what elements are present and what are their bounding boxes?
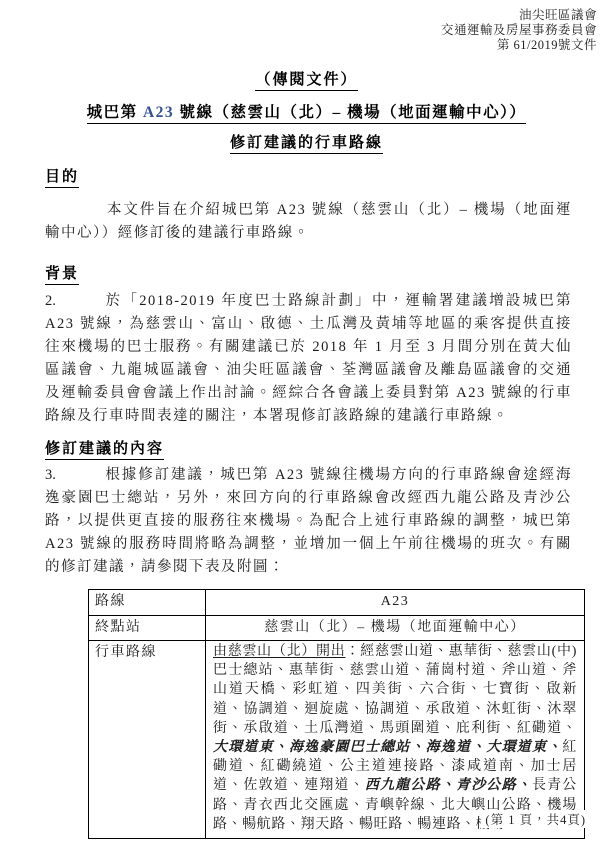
title-block: （傳閱文件） 城巴第 A23 號線（慈雲山（北）– 機場（地面運輸中心）） 修訂… [0, 68, 613, 152]
subtitle: 修訂建議的行車路線 [0, 131, 613, 152]
revision-paragraph: 3.根據修訂建議，城巴第 A23 號線往機場方向的行車路線會途經海逸豪園巴士總站… [45, 464, 572, 579]
route-number: A23 [143, 104, 174, 121]
main-title: 城巴第 A23 號線（慈雲山（北）– 機場（地面運輸中心）） [0, 100, 613, 122]
header-committee: 交通運輸及房屋事務委員會 [441, 23, 597, 38]
table-row-route: 路線 A23 [89, 590, 585, 616]
paragraph-number: 3. [45, 464, 105, 487]
header-doc-number: 第 61/2019號文件 [441, 38, 597, 53]
section-heading-revision: 修訂建議的內容 [45, 440, 572, 459]
row-label: 路線 [89, 590, 206, 616]
table-row-terminus: 終點站 慈雲山（北）– 機場（地面運輸中心） [89, 615, 585, 641]
background-paragraph: 2.於「2018-2019 年度巴士路線計劃」中，運輸署建議增設城巴第 A23 … [45, 290, 572, 428]
paragraph-number: 2. [45, 290, 105, 313]
main-title-suffix: 號線（慈雲山（北）– 機場（地面運輸中心）） [174, 104, 526, 121]
purpose-paragraph: 本文件旨在介紹城巴第 A23 號線（慈雲山（北）– 機場（地面運輸中心））經修訂… [45, 199, 572, 245]
row-value-route: A23 [206, 590, 585, 616]
route-table: 路線 A23 終點站 慈雲山（北）– 機場（地面運輸中心） 行車路線 由慈雲山（… [88, 589, 585, 839]
row-label: 行車路線 [89, 641, 206, 839]
route-description: 由慈雲山（北）開出：經慈雲山道、惠華街、慈雲山(中)巴士總站、惠華街、慈雲山道、… [206, 641, 585, 839]
page-number: (第 1 頁，共4頁) [481, 810, 586, 828]
main-title-prefix: 城巴第 [87, 104, 143, 121]
circulation-title: （傳閱文件） [0, 68, 613, 89]
background-paragraph-text: 於「2018-2019 年度巴士路線計劃」中，運輸署建議增設城巴第 A23 號線… [45, 293, 572, 424]
section-heading-purpose: 目的 [45, 168, 572, 187]
header-council: 油尖旺區議會 [441, 8, 597, 23]
section-heading-background: 背景 [45, 265, 572, 284]
document-page: 油尖旺區議會 交通運輸及房屋事務委員會 第 61/2019號文件 （傳閱文件） … [0, 0, 613, 853]
table-row-routing: 行車路線 由慈雲山（北）開出：經慈雲山道、惠華街、慈雲山(中)巴士總站、惠華街、… [89, 641, 585, 839]
document-body: 目的 本文件旨在介紹城巴第 A23 號線（慈雲山（北）– 機場（地面運輸中心））… [45, 168, 572, 839]
document-header: 油尖旺區議會 交通運輸及房屋事務委員會 第 61/2019號文件 [441, 8, 597, 53]
revision-paragraph-text: 根據修訂建議，城巴第 A23 號線往機場方向的行車路線會途經海逸豪園巴士總站，另… [45, 467, 572, 575]
row-label: 終點站 [89, 615, 206, 641]
row-value-terminus: 慈雲山（北）– 機場（地面運輸中心） [206, 615, 585, 641]
